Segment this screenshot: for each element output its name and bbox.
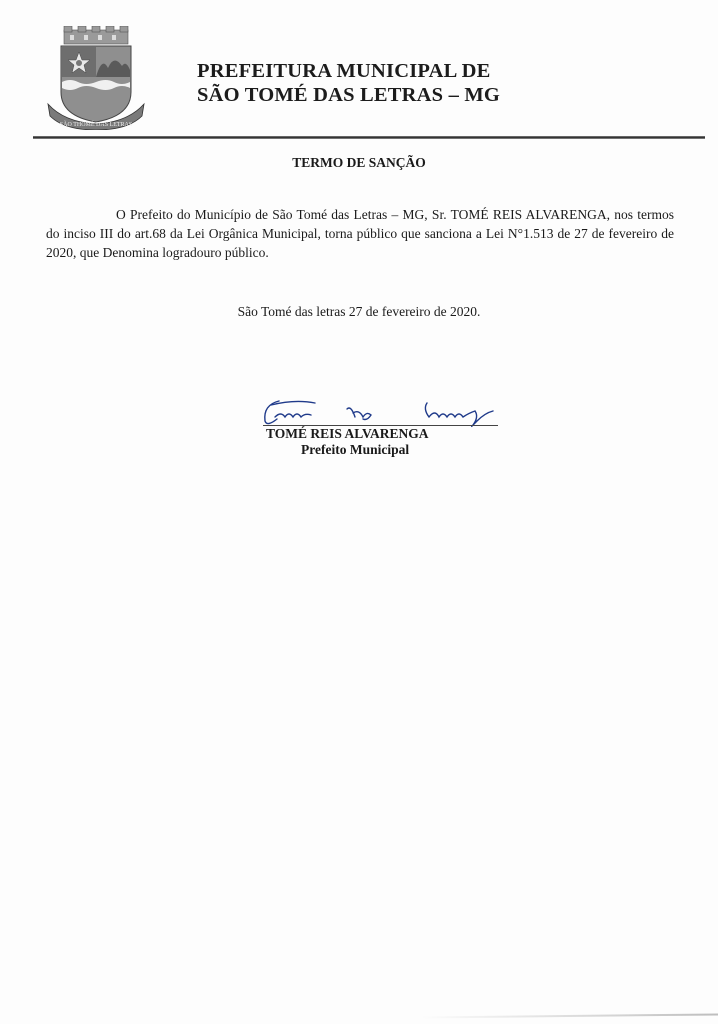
document-title: TERMO DE SANÇÃO [0,155,718,171]
scan-edge-artifact [420,1013,718,1018]
document-body: O Prefeito do Município de São Tomé das … [46,205,674,262]
organization-name: PREFEITURA MUNICIPAL DE SÃO TOMÉ DAS LET… [197,59,500,107]
header-divider [33,136,705,139]
place-and-date: São Tomé das letras 27 de fevereiro de 2… [0,304,718,320]
svg-text:SÃO THOMÉ DAS LETRAS: SÃO THOMÉ DAS LETRAS [60,120,132,128]
document-page: SÃO THOMÉ DAS LETRAS PREFEITURA MUNICIPA… [0,0,718,1024]
org-line-1: PREFEITURA MUNICIPAL DE [197,59,500,83]
signer-name: TOMÉ REIS ALVARENGA [266,426,429,442]
coat-of-arms-icon: SÃO THOMÉ DAS LETRAS [44,26,148,130]
signer-role: Prefeito Municipal [301,442,409,458]
org-line-2: SÃO TOMÉ DAS LETRAS – MG [197,83,500,107]
